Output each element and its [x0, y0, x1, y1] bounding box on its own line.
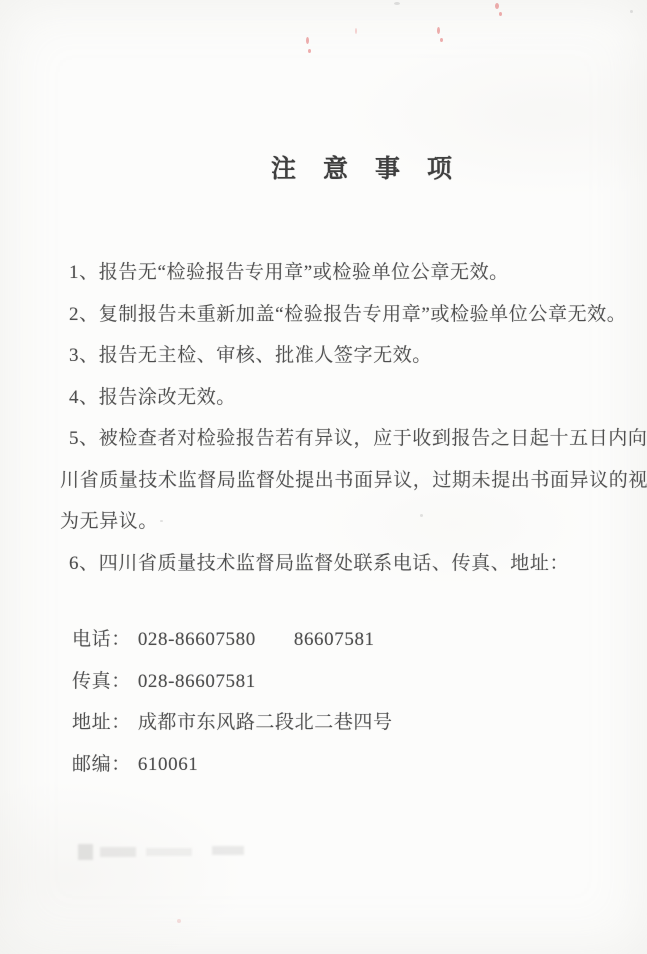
address-value: 成都市东风路二段北二巷四号 — [138, 712, 393, 733]
notes-list: 1、报告无“检验报告专用章”或检验单位公章无效。 2、复制报告未重新加盖“检验报… — [60, 252, 644, 584]
note-item-3: 3、报告无主检、审核、批准人签字无效。 — [60, 335, 644, 377]
note-item-5-line-3: 为无异议。 — [60, 501, 644, 543]
note-item-6: 6、四川省质量技术监督局监督处联系电话、传真、地址： — [60, 543, 644, 585]
phone-number-secondary: 86607581 — [294, 629, 375, 650]
contact-fax-row: 传真：028-86607581 — [72, 661, 393, 703]
stamp-bleed-speck — [308, 49, 311, 53]
note-item-2: 2、复制报告未重新加盖“检验报告专用章”或检验单位公章无效。 — [60, 294, 644, 336]
contact-postal-row: 邮编：610061 — [72, 744, 393, 786]
stamp-bleed-speck — [306, 37, 309, 44]
fax-number: 028-86607581 — [138, 671, 256, 692]
stamp-bleed-speck — [440, 38, 443, 42]
ghost-text-smudge — [212, 846, 244, 855]
note-item-5-line-2: 川省质量技术监督局监督处提出书面异议，过期未提出书面异议的视 — [60, 460, 644, 502]
postal-code-value: 610061 — [138, 754, 199, 775]
ghost-text-smudge — [78, 844, 93, 860]
stamp-bleed-speck — [177, 919, 181, 923]
ghost-text-smudge — [146, 848, 192, 856]
note-item-4: 4、报告涂改无效。 — [60, 377, 644, 419]
page-title: 注意事项 — [271, 149, 479, 185]
phone-number-primary: 028-86607580 — [138, 629, 256, 650]
stamp-bleed-speck — [499, 12, 502, 16]
scanned-document-page: 注意事项 1、报告无“检验报告专用章”或检验单位公章无效。 2、复制报告未重新加… — [0, 0, 647, 954]
note-item-5-line-1: 5、被检查者对检验报告若有异议，应于收到报告之日起十五日内向四 — [60, 418, 644, 460]
scan-artifact-speck — [630, 10, 633, 13]
postal-label: 邮编： — [72, 754, 131, 775]
stamp-bleed-speck — [437, 27, 440, 34]
scan-artifact-speck — [394, 2, 400, 5]
stamp-bleed-speck — [495, 3, 499, 9]
stamp-bleed-speck — [355, 28, 357, 34]
contact-phone-row: 电话：028-8660758086607581 — [72, 619, 393, 661]
fax-label: 传真： — [72, 671, 131, 692]
contact-block: 电话：028-8660758086607581 传真：028-86607581 … — [72, 619, 393, 785]
ghost-text-smudge — [100, 847, 136, 857]
phone-label: 电话： — [72, 629, 131, 650]
contact-address-row: 地址：成都市东风路二段北二巷四号 — [72, 702, 393, 744]
address-label: 地址： — [72, 712, 131, 733]
note-item-1: 1、报告无“检验报告专用章”或检验单位公章无效。 — [60, 252, 644, 294]
